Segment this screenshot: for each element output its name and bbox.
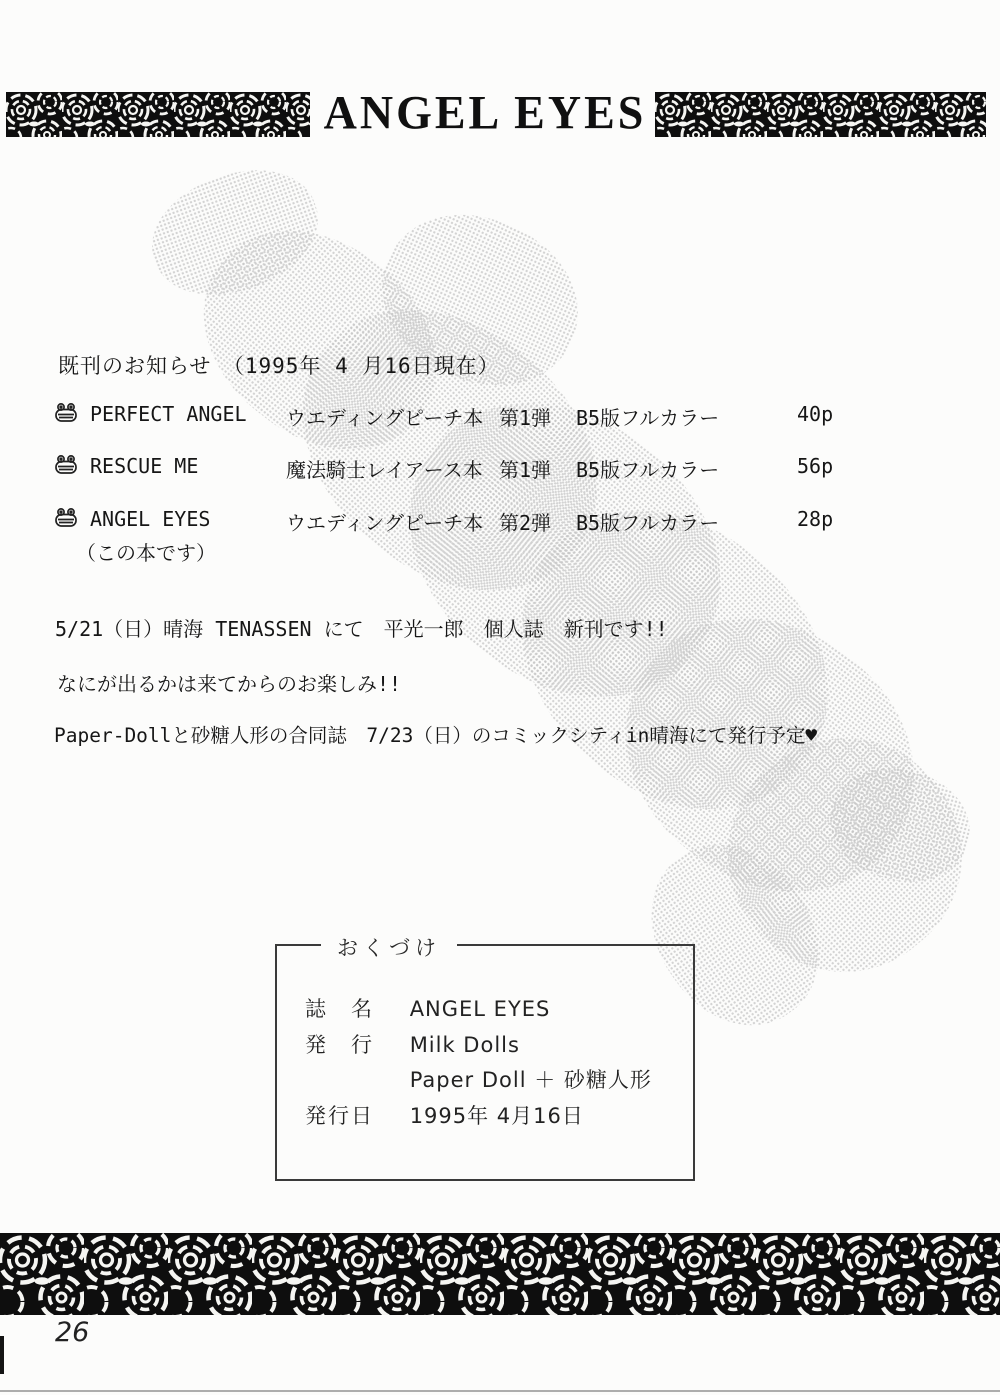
colophon-value: Paper Doll ＋ 砂糖人形 [410,1068,652,1092]
colophon-row: Paper Doll ＋ 砂糖人形 [305,1063,693,1099]
book-pages: 40p [797,402,833,426]
book-edition: 第1弾 [499,402,551,431]
book-title: PERFECT ANGEL [90,402,247,426]
colophon-value: ANGEL EYES [410,997,551,1021]
book-list-row: RESCUE ME 魔法騎士レイアース本 第1弾 B5版フルカラー 56p [0,454,1000,482]
rose-pattern-band-icon [6,92,310,137]
book-pages: 56p [797,454,833,478]
book-list-row: PERFECT ANGEL ウエディングピーチ本 第1弾 B5版フルカラー 40… [0,402,1000,430]
rose-pattern-band-icon [0,1233,1000,1315]
event-notice-line: 5/21（日）晴海 TENASSEN にて 平光一郎 個人誌 新刊です!! [55,613,668,642]
back-catalog-heading: 既刊のお知らせ （1995年 4 月16日現在） [58,350,500,380]
colophon-value: Milk Dolls [410,1033,520,1057]
book-format: B5版フルカラー [576,507,719,536]
colophon-box: おくづけ 誌 名 ANGEL EYES 発 行 Milk Dolls Paper… [275,944,695,1181]
joint-book-notice-line: Paper-Dollと砂糖人形の合同誌 7/23（日）のコミックシティin晴海に… [54,720,817,748]
colophon-label: 発行日 [305,1099,403,1135]
book-edition: 第2弾 [499,507,551,536]
colophon-row: 発 行 Milk Dolls [305,1028,693,1064]
book-format: B5版フルカラー [576,454,719,483]
teaser-notice-line: なにが出るかは来てからのお楽しみ!! [57,668,401,697]
book-note: （この本です） [76,537,216,566]
book-title: RESCUE ME [90,454,198,478]
book-format: B5版フルカラー [576,402,719,431]
frog-face-icon [54,507,78,529]
rose-pattern-band-icon [655,92,986,137]
book-title: ANGEL EYES [90,507,210,531]
scan-edge-artifact [0,1336,4,1374]
colophon-rows: 誌 名 ANGEL EYES 発 行 Milk Dolls Paper Doll… [277,946,693,1134]
colophon-label: 誌 名 [305,992,403,1028]
book-edition: 第1弾 [499,454,551,483]
colophon-legend: おくづけ [321,932,457,962]
colophon-value: 1995年 4月16日 [410,1104,584,1128]
page-number: 26 [55,1317,89,1348]
frog-face-icon [54,454,78,476]
scanned-doujinshi-page: ANGEL EYES 既刊のお知らせ （199 [0,0,1000,1395]
book-series: ウエディングピーチ本 [286,507,483,536]
book-pages: 28p [797,507,833,531]
frog-face-icon [54,402,78,424]
colophon-row: 発行日 1995年 4月16日 [305,1099,693,1135]
colophon-row: 誌 名 ANGEL EYES [305,992,693,1028]
book-series: 魔法騎士レイアース本 [286,454,483,483]
colophon-label: 発 行 [305,1028,403,1064]
scan-bottom-line-artifact [0,1390,1000,1392]
page-title: ANGEL EYES [315,85,655,139]
book-series: ウエディングピーチ本 [286,402,483,431]
book-list-row: ANGEL EYES ウエディングピーチ本 第2弾 B5版フルカラー 28p [0,507,1000,535]
